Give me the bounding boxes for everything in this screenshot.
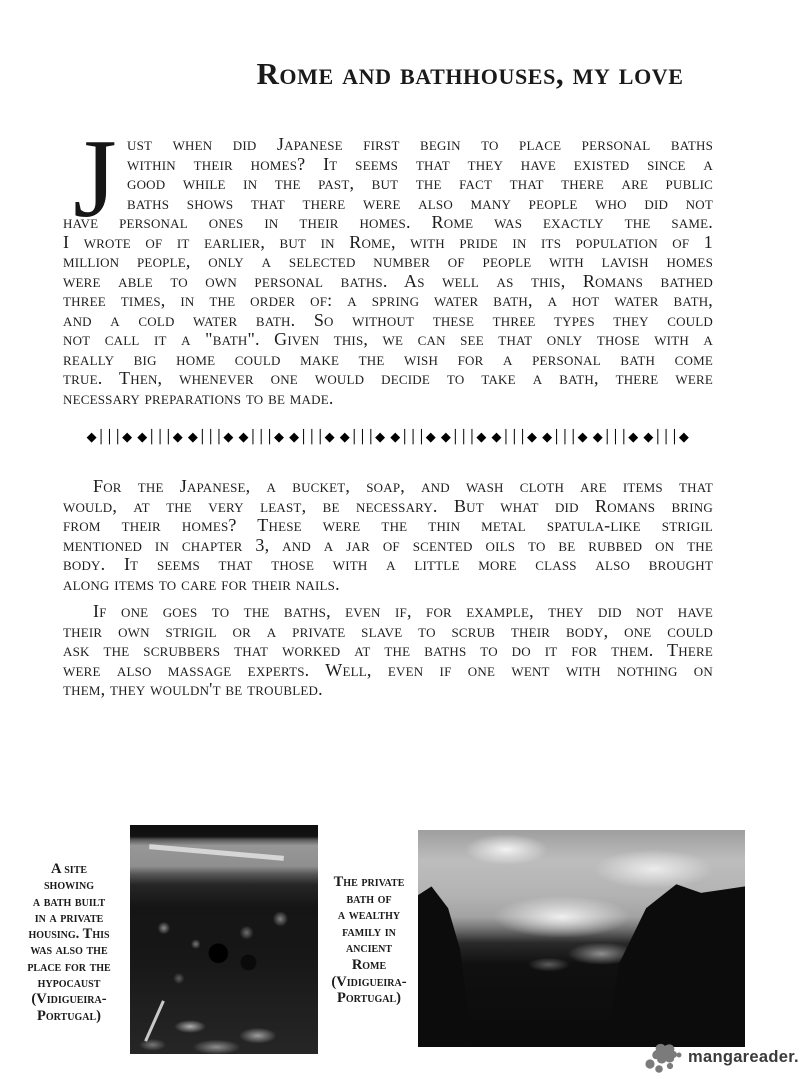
roman-ruins-photo [418,830,745,1047]
left-photo-caption: A siteshowinga bath builtin a privatehou… [8,861,130,1024]
paragraph-intro-lines: ust when did Japanese first begin to pla… [63,135,713,408]
watermark: mangareader.net [643,1040,800,1074]
excavation-site-photo [130,825,318,1054]
watermark-text: mangareader.net [688,1048,800,1067]
paragraph-intro: J ust when did Japanese first begin to p… [63,135,713,408]
right-photo-caption: The privatebath ofa wealthyfamily inanci… [319,874,419,1007]
page-title: Rome and bathhouses, my love [140,56,800,92]
paragraph-bath-services: If one goes to the baths, even if, for e… [63,602,713,700]
manga-page-scan[interactable]: Rome and bathhouses, my love J ust when … [0,0,800,1079]
ornamental-divider: ◆│││◆ ◆│││◆ ◆│││◆ ◆│││◆ ◆│││◆ ◆│││◆ ◆│││… [63,430,713,446]
paragraph-bath-items: For the Japanese, a bucket, soap, and wa… [63,477,713,594]
dropcap-letter: J [63,135,127,213]
mangareader-logo-icon [643,1040,685,1074]
